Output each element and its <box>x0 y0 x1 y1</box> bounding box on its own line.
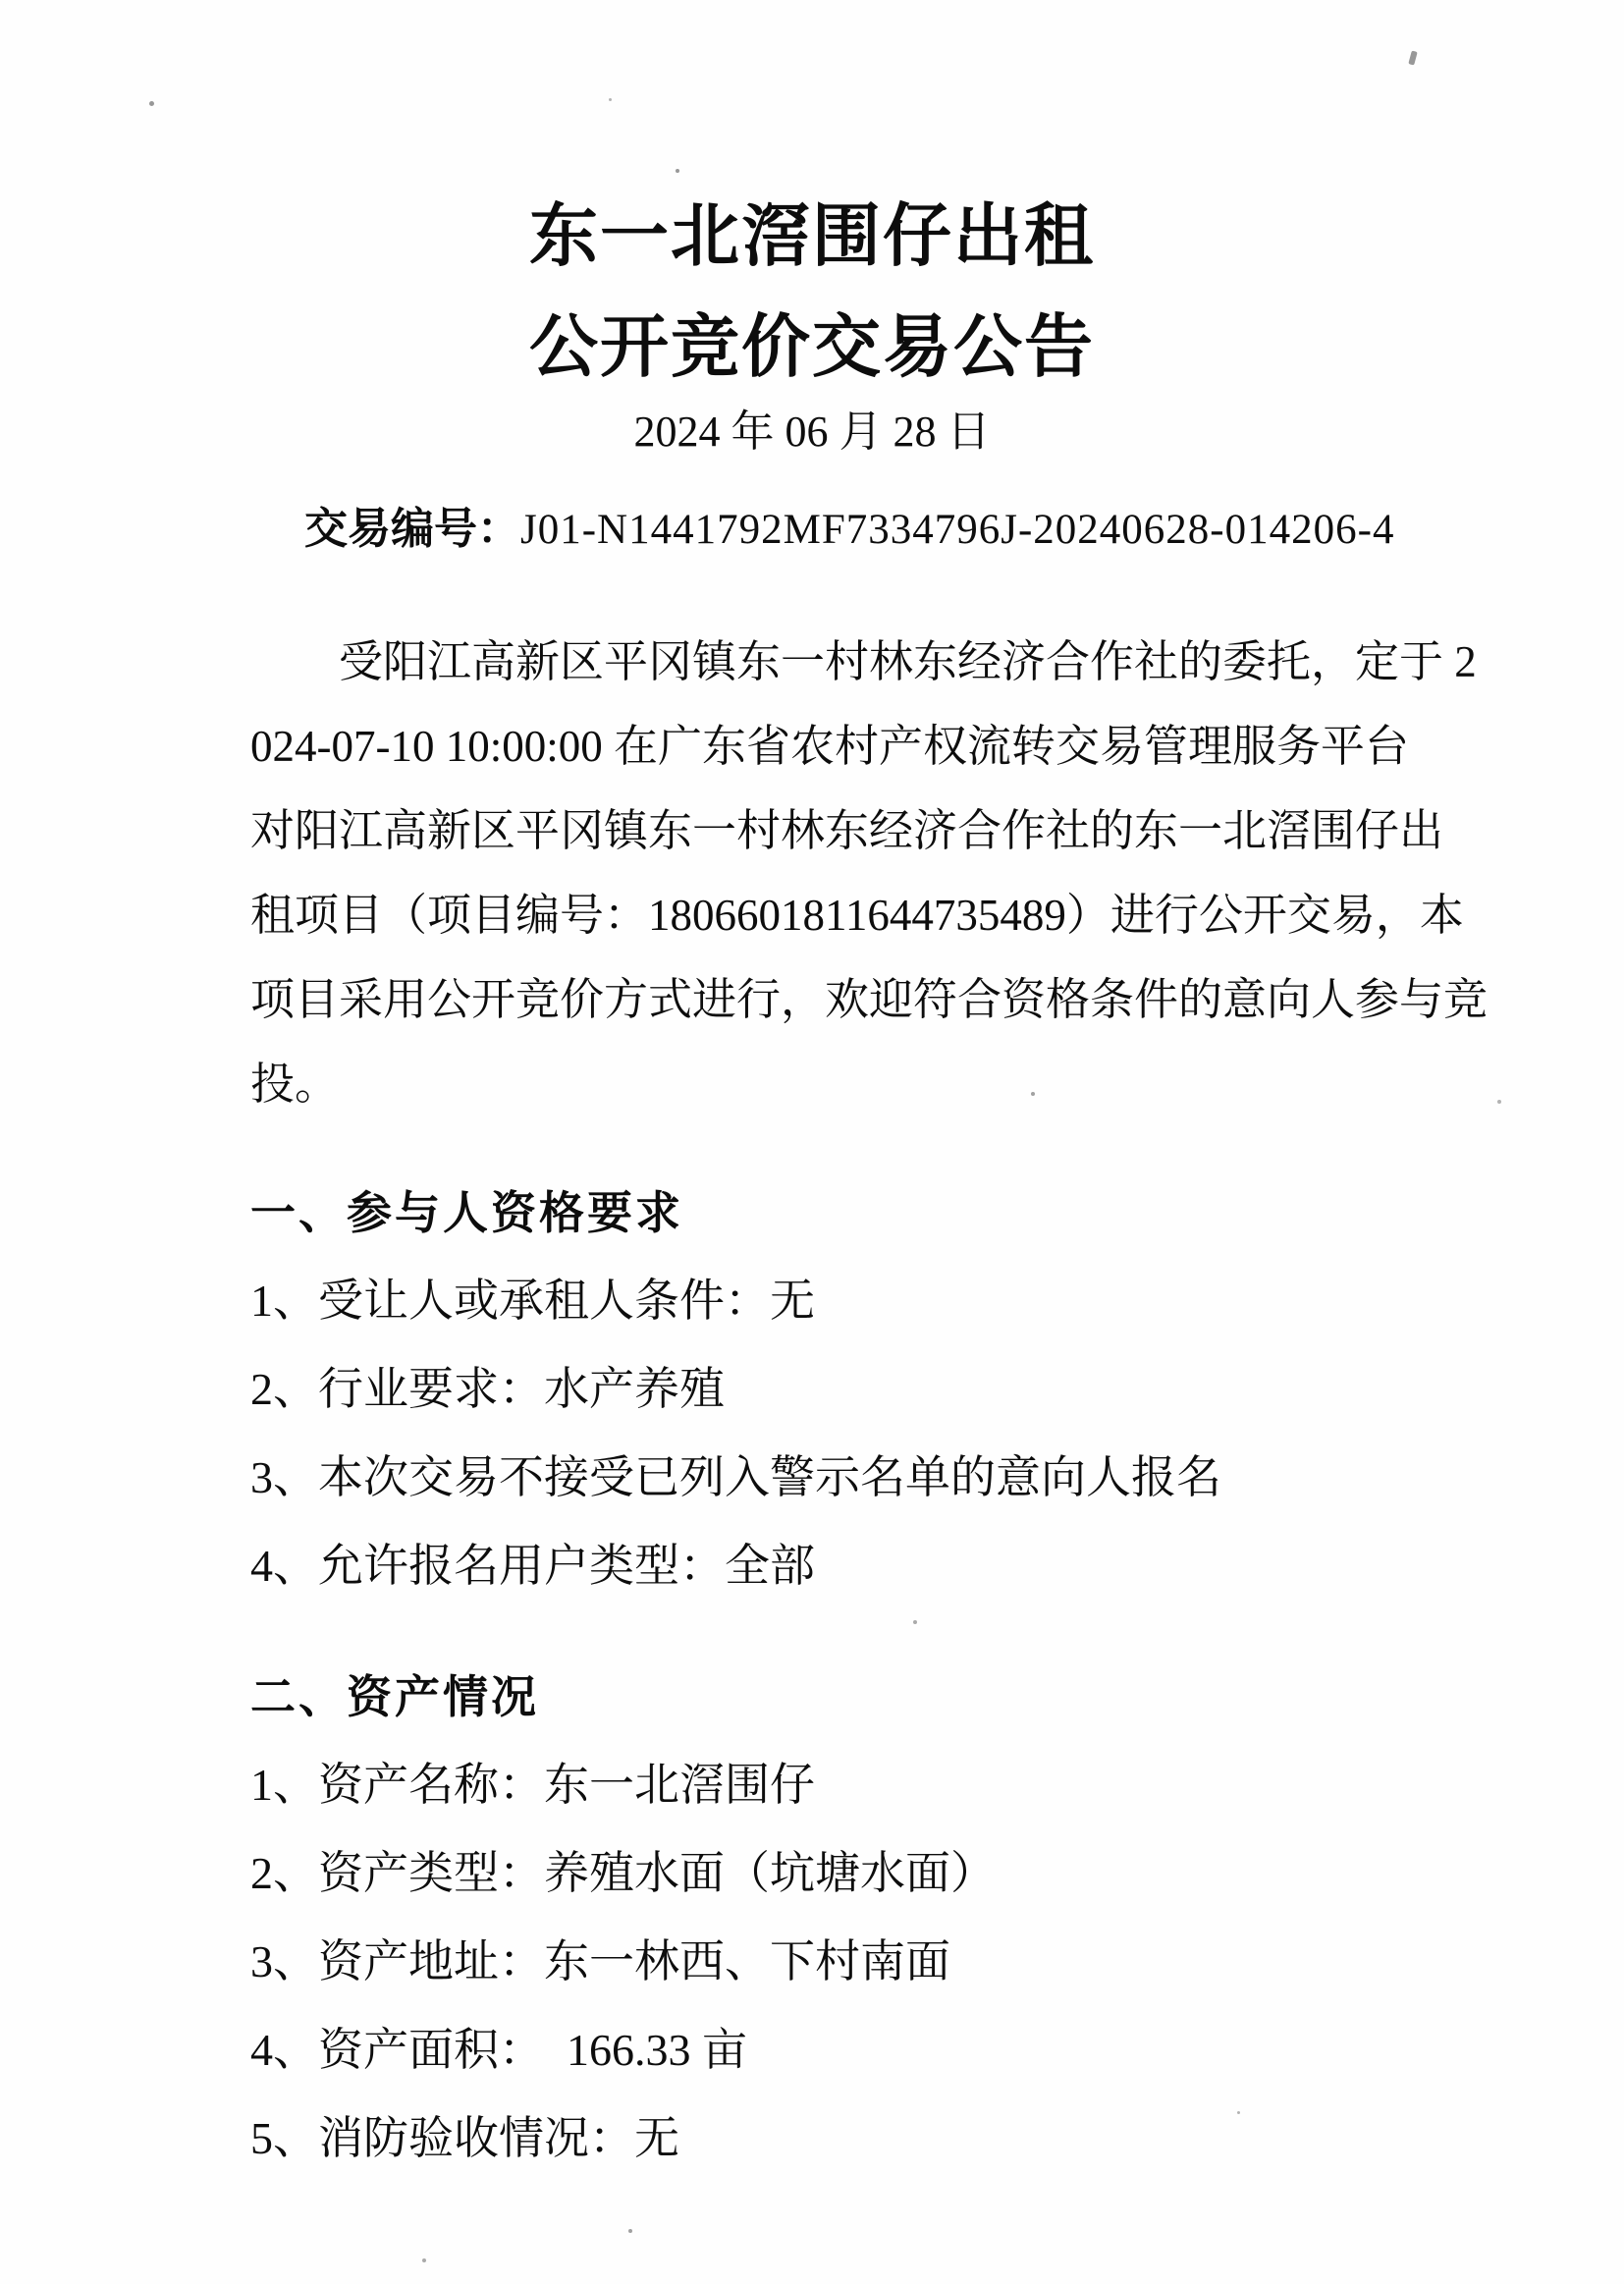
scan-speck <box>1497 1100 1501 1104</box>
list-item: 1、资产名称：东一北滘围仔 <box>0 1741 1624 1829</box>
list-item: 4、允许报名用户类型：全部 <box>0 1522 1624 1610</box>
scan-speck <box>1408 50 1417 65</box>
doc-title-line-2: 公开竞价交易公告 <box>0 292 1624 403</box>
section-heading-asset-info: 二、资产情况 <box>0 1653 1624 1741</box>
scan-speck <box>149 101 154 106</box>
list-item: 3、资产地址：东一林西、下村南面 <box>0 1918 1624 2006</box>
list-item: 5、消防验收情况：无 <box>0 2094 1624 2183</box>
scan-speck <box>422 2258 426 2262</box>
scan-speck <box>609 98 612 101</box>
scan-speck <box>913 1620 917 1624</box>
scanned-document-page: 东一北滘围仔出租 公开竞价交易公告 2024 年 06 月 28 日 交易编号：… <box>0 0 1624 2284</box>
list-item: 3、本次交易不接受已列入警示名单的意向人报名 <box>0 1434 1624 1522</box>
paragraph-line: 租项目（项目编号：1806601811644735489）进行公开交易，本 <box>0 873 1624 957</box>
paragraph-line: 项目采用公开竞价方式进行，欢迎符合资格条件的意向人参与竞 <box>0 957 1624 1042</box>
doc-title-line-1: 东一北滘围仔出租 <box>0 181 1624 292</box>
intro-paragraph: 受阳江高新区平冈镇东一村林东经济合作社的委托，定于 2 024-07-10 10… <box>0 620 1624 1126</box>
transaction-number-line: 交易编号：J01-N1441792MF7334796J-20240628-014… <box>0 500 1624 569</box>
transaction-number-value: J01-N1441792MF7334796J-20240628-014206-4 <box>520 507 1394 553</box>
paragraph-line: 受阳江高新区平冈镇东一村林东经济合作社的委托，定于 2 <box>0 620 1624 704</box>
list-item: 1、受让人或承租人条件：无 <box>0 1257 1624 1345</box>
paragraph-line: 024-07-10 10:00:00 在广东省农村产权流转交易管理服务平台 <box>0 704 1624 789</box>
scan-speck <box>1031 1092 1035 1096</box>
paragraph-line: 投。 <box>0 1042 1624 1126</box>
list-item: 4、资产面积： 166.33 亩 <box>0 2006 1624 2094</box>
list-item: 2、资产类型：养殖水面（坑塘水面） <box>0 1829 1624 1918</box>
list-item: 2、行业要求：水产养殖 <box>0 1345 1624 1434</box>
scan-speck <box>628 2229 632 2233</box>
scan-speck <box>676 169 679 173</box>
section-heading-participant-requirements: 一、参与人资格要求 <box>0 1169 1624 1257</box>
transaction-number-label: 交易编号： <box>304 505 520 553</box>
doc-date: 2024 年 06 月 28 日 <box>0 403 1624 462</box>
paragraph-line: 对阳江高新区平冈镇东一村林东经济合作社的东一北滘围仔出 <box>0 789 1624 873</box>
scan-speck <box>1237 2111 1240 2114</box>
